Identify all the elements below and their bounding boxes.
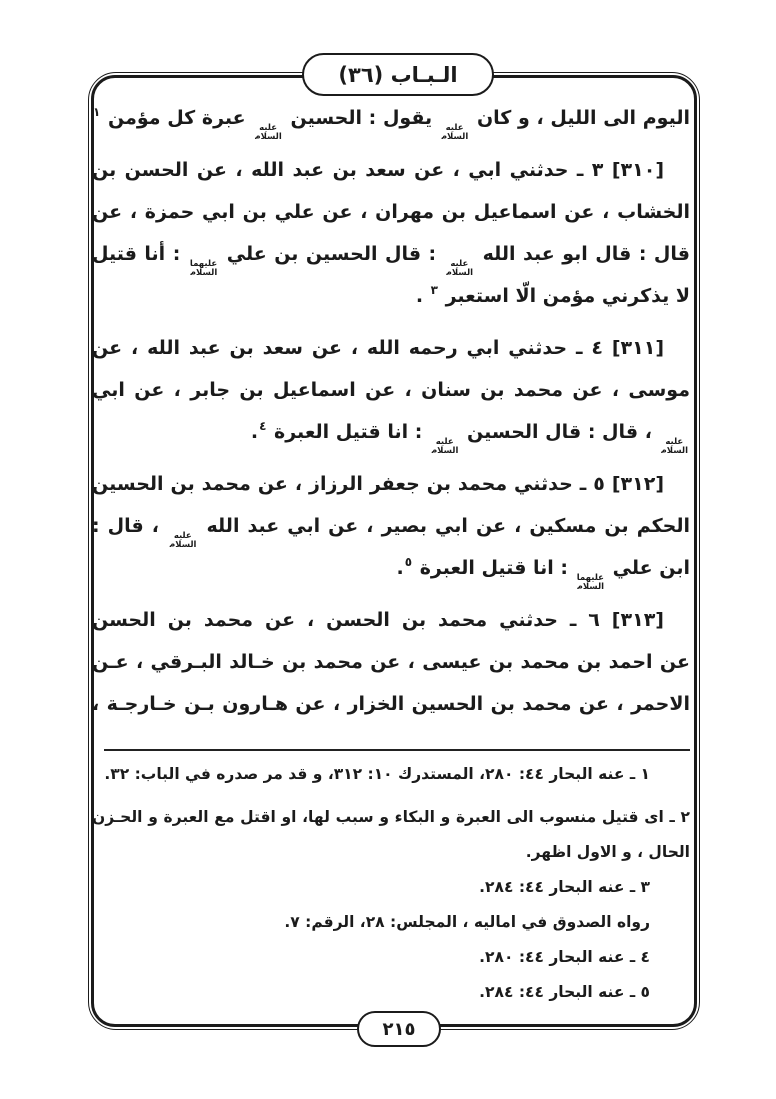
footnote-reference: ٣ [431, 283, 438, 297]
body-line: عليهالسلام ، قال : قال الحسين عليهالسلام… [92, 411, 690, 453]
hadith-paragraph: اليوم الى الليل ، و كان عليهالسلام يقول … [92, 97, 690, 139]
footnote-list: ١ ـ عنه البحار ٤٤: ٢٨٠، المستدرك ١٠: ٣١٢… [92, 757, 690, 1010]
footnote-line: ٣ ـ عنه البحار ٤٤: ٢٨٤. [92, 870, 690, 905]
hadith-paragraph: [٣١٠] ٣ ـ حدثني ابي ، عن سعد بن عبد الله… [92, 149, 690, 317]
hadith-paragraph: [٣١١] ٤ ـ حدثني ابي رحمه الله ، عن سعد ب… [92, 327, 690, 453]
footnote-line: ٢ ـ اى قتيل منسوب الى العبرة و البكاء و … [92, 800, 690, 835]
hadith-paragraph: [٣١٢] ٥ ـ حدثني محمد بن جعفر الرزاز ، عن… [92, 463, 690, 589]
alayhis-salam-symbol: عليهالسلام [169, 532, 196, 547]
body-line: الخشاب ، عن اسماعيل بن مهران ، عن علي بن… [92, 191, 690, 233]
alayhis-salam-symbol: عليهالسلام [446, 260, 473, 275]
body-line: [٣١٢] ٥ ـ حدثني محمد بن جعفر الرزاز ، عن… [92, 463, 690, 505]
body-line: لا يذكرني مؤمن الّا استعبر ٣ . [92, 275, 690, 317]
body-line: ابن علي عليهماالسلام : انا قتيل العبرة ٥… [92, 547, 690, 589]
body-line: [٣١٠] ٣ ـ حدثني ابي ، عن سعد بن عبد الله… [92, 149, 690, 191]
footnote-line: ١ ـ عنه البحار ٤٤: ٢٨٠، المستدرك ١٠: ٣١٢… [92, 757, 690, 792]
chapter-title: الـبـاب (٣٦) [338, 63, 457, 87]
hadith-paragraph: [٣١٣] ٦ ـ حدثني محمد بن الحسن ، عن محمد … [92, 599, 690, 725]
footnote-reference: ١ [93, 105, 100, 119]
chapter-title-pill: الـبـاب (٣٦) [302, 53, 494, 96]
body-line: الاحمر ، عن محمد بن الحسين الخزار ، عن ه… [92, 683, 690, 725]
alayhis-salam-symbol: عليهماالسلام [190, 260, 217, 275]
footnote-line: ٥ ـ عنه البحار ٤٤: ٢٨٤. [92, 975, 690, 1010]
alayhis-salam-symbol: عليهالسلام [431, 438, 458, 453]
body-line: الحكم بن مسكين ، عن ابي بصير ، عن ابي عب… [92, 505, 690, 547]
alayhis-salam-symbol: عليهماالسلام [577, 574, 604, 589]
alayhis-salam-symbol: عليهالسلام [254, 124, 281, 139]
body-line: [٣١٣] ٦ ـ حدثني محمد بن الحسن ، عن محمد … [92, 599, 690, 641]
body-line: عن احمد بن محمد بن عيسى ، عن محمد بن خـا… [92, 641, 690, 683]
body-line: [٣١١] ٤ ـ حدثني ابي رحمه الله ، عن سعد ب… [92, 327, 690, 369]
footnote-separator [104, 749, 690, 751]
footnote-reference: ٤ [259, 419, 266, 433]
page-number-pill: ٢١٥ [357, 1011, 441, 1047]
footnotes-section: ١ ـ عنه البحار ٤٤: ٢٨٠، المستدرك ١٠: ٣١٢… [92, 749, 690, 1010]
body-line: قال : قال ابو عبد الله عليهالسلام : قال … [92, 233, 690, 275]
alayhis-salam-symbol: عليهالسلام [441, 124, 468, 139]
main-text: اليوم الى الليل ، و كان عليهالسلام يقول … [92, 97, 690, 725]
body-line: موسى ، عن محمد بن سنان ، عن اسماعيل بن ج… [92, 369, 690, 411]
footnote-line: الحال ، و الاول اظهر. [92, 835, 690, 870]
book-page: الـبـاب (٣٦) اليوم الى الليل ، و كان علي… [0, 0, 776, 1099]
footnote-line: رواه الصدوق في اماليه ، المجلس: ٢٨، الرق… [92, 905, 690, 940]
footnote-reference: ٥ [405, 555, 412, 569]
page-number: ٢١٥ [383, 1019, 416, 1040]
alayhis-salam-symbol: عليهالسلام [661, 438, 688, 453]
body-line: اليوم الى الليل ، و كان عليهالسلام يقول … [92, 97, 690, 139]
footnote-line: ٤ ـ عنه البحار ٤٤: ٢٨٠. [92, 940, 690, 975]
